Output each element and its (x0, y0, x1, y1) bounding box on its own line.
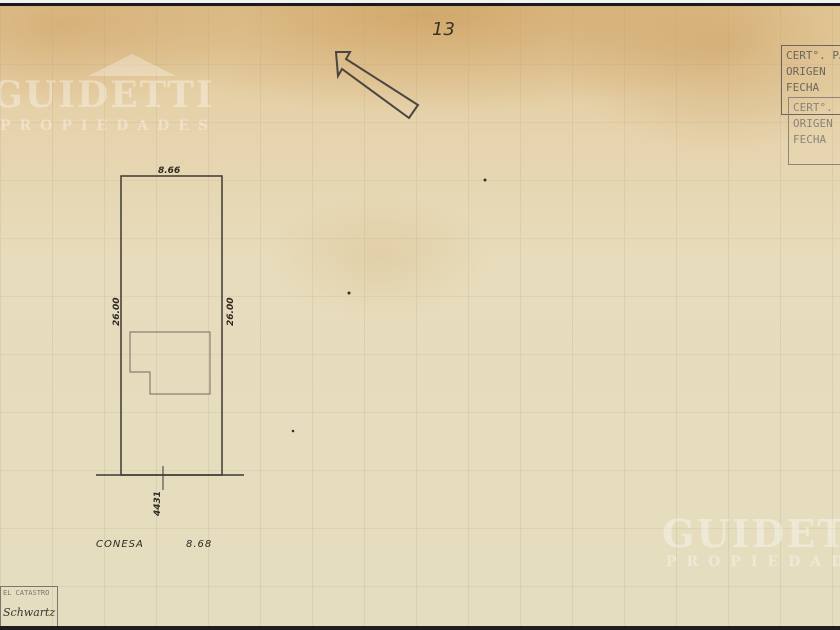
stamp-line: CERT°. PAR (786, 48, 840, 64)
plot-plan-drawing: 8.66 26.00 26.00 4431 (0, 6, 840, 626)
street-number-label: 4431 (153, 491, 163, 517)
street-name: CONESA (96, 539, 144, 550)
ink-speck (348, 292, 351, 295)
street-frontage: 8.68 (186, 539, 212, 550)
ink-speck (484, 179, 487, 182)
bottom-border (0, 626, 840, 630)
lot-outline (121, 176, 222, 475)
ink-speck (292, 430, 295, 433)
building-footprint (130, 332, 210, 394)
front-width-label: 8.66 (158, 166, 180, 176)
stamp-line: FECHA (786, 80, 840, 96)
plan-sheet: GUIDETTI PROPIEDADES GUIDETTI PROPIEDADE… (0, 6, 840, 626)
signature: Schwartz (3, 608, 55, 618)
certificate-stamp: CERT°. PA ORIGEN FECHA (788, 97, 840, 165)
left-depth-label: 26.00 (112, 298, 122, 326)
stamp-line: ORIGEN (786, 64, 840, 80)
scan-frame: GUIDETTI PROPIEDADES GUIDETTI PROPIEDADE… (0, 0, 840, 630)
stamp-line: ORIGEN (793, 116, 840, 132)
right-depth-label: 26.00 (226, 298, 236, 326)
stamp-line: CERT°. PA (793, 100, 840, 116)
north-arrow-icon (336, 52, 418, 118)
catastro-stamp: EL CATASTRO Schwartz (0, 586, 58, 626)
stamp-line: FECHA (793, 132, 840, 148)
stamp-line: EL CATASTRO (3, 588, 55, 598)
